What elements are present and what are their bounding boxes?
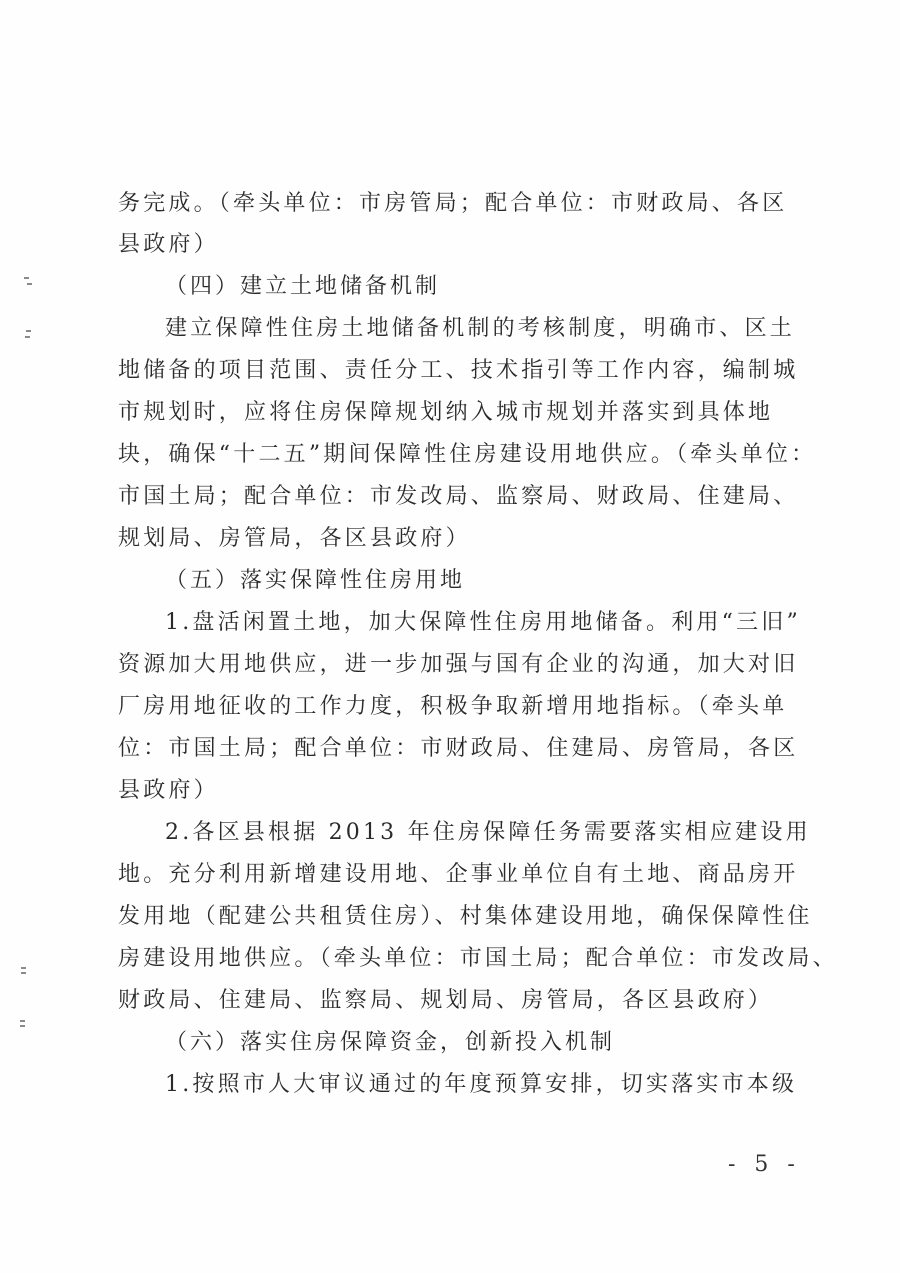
body-text-line: 建立保障性住房土地储备机制的考核制度，明确市、区土 [165, 314, 770, 344]
body-text-line: 1.按照市人大审议通过的年度预算安排，切实落实市本级 [165, 1070, 770, 1100]
body-text-line: 市国土局；配合单位：市发改局、监察局、财政局、住建局、 [118, 482, 770, 512]
body-text-line: 务完成。（牵头单位：市房管局；配合单位：市财政局、各区 [118, 189, 770, 219]
document-page: 务完成。（牵头单位：市房管局；配合单位：市财政局、各区 县政府） （四）建立土地… [0, 0, 900, 1273]
margin-mark [21, 972, 26, 974]
margin-mark [25, 336, 30, 338]
body-text-line: 位：市国土局；配合单位：市财政局、住建局、房管局，各区 [118, 734, 770, 764]
body-text-line: 1.盘活闲置土地，加大保障性住房用地储备。利用“三旧” [165, 608, 770, 638]
margin-mark [26, 330, 31, 332]
body-text-line: 规划局、房管局，各区县政府） [118, 524, 770, 554]
body-text-line: 2.各区县根据 2013 年住房保障任务需要落实相应建设用 [165, 818, 770, 848]
body-text-line: 地储备的项目范围、责任分工、技术指引等工作内容，编制城 [118, 356, 770, 386]
body-text-line: 块，确保“十二五”期间保障性住房建设用地供应。（牵头单位： [118, 440, 770, 470]
margin-mark [21, 967, 26, 969]
page-number: - 5 - [728, 1150, 801, 1180]
margin-mark [24, 277, 29, 279]
body-text-line: 房建设用地供应。（牵头单位：市国土局；配合单位：市发改局、 [118, 944, 770, 974]
section-heading-4: （四）建立土地储备机制 [165, 272, 817, 302]
body-text-line: 资源加大用地供应，进一步加强与国有企业的沟通，加大对旧 [118, 650, 770, 680]
margin-mark [27, 283, 32, 285]
body-text-line: 市规划时，应将住房保障规划纳入城市规划并落实到具体地 [118, 398, 770, 428]
body-text-line: 地。充分利用新增建设用地、企事业单位自有土地、商品房开 [118, 860, 770, 890]
body-text-line: 发用地（配建公共租赁住房）、村集体建设用地，确保保障性住 [118, 902, 770, 932]
body-text-line: 财政局、住建局、监察局、规划局、房管局，各区县政府） [118, 986, 770, 1016]
body-text-line: 厂房用地征收的工作力度，积极争取新增用地指标。（牵头单 [118, 692, 770, 722]
margin-mark [20, 1025, 25, 1027]
body-text-line: 县政府） [118, 776, 770, 806]
margin-mark [20, 1020, 25, 1022]
section-heading-6: （六）落实住房保障资金，创新投入机制 [165, 1028, 817, 1058]
body-text-line: 县政府） [118, 230, 770, 260]
section-heading-5: （五）落实保障性住房用地 [165, 566, 817, 596]
